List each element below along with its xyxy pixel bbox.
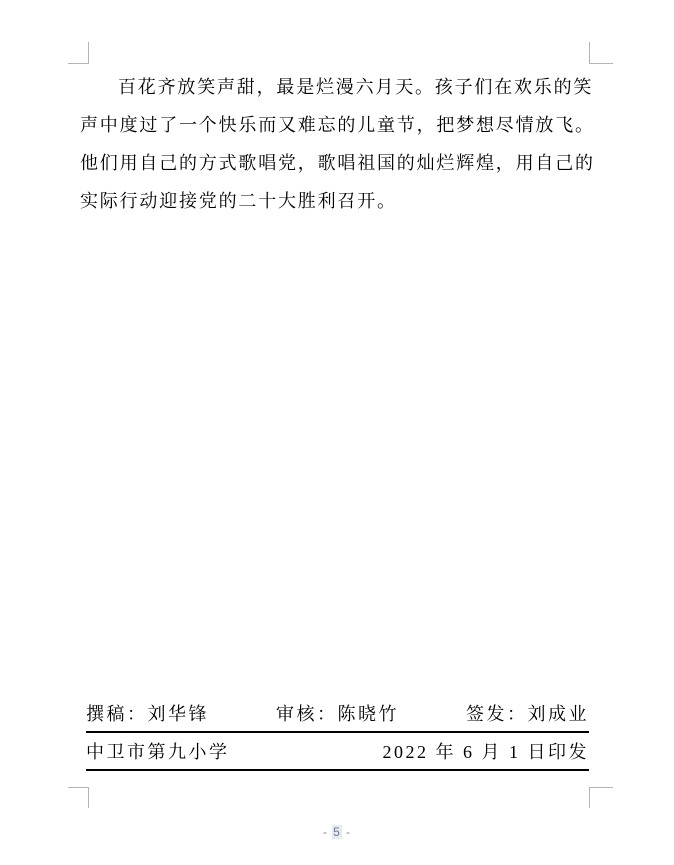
page-number-value: 5 bbox=[332, 825, 342, 839]
organization-name: 中卫市第九小学 bbox=[86, 739, 230, 765]
crop-mark-bottom-right-icon bbox=[589, 787, 613, 808]
reviewer-field: 审核：陈晓竹 bbox=[276, 701, 399, 727]
document-page: 百花齐放笑声甜，最是烂漫六月天。孩子们在欢乐的笑 声中度过了一个快乐而又难忘的儿… bbox=[0, 0, 674, 865]
divider-rule-bottom bbox=[86, 769, 589, 771]
divider-rule-top bbox=[86, 731, 589, 733]
page-number: - 5 - bbox=[0, 825, 674, 839]
body-paragraph[interactable]: 百花齐放笑声甜，最是烂漫六月天。孩子们在欢乐的笑 声中度过了一个快乐而又难忘的儿… bbox=[80, 68, 592, 220]
paragraph-line-4: 实际行动迎接党的二十大胜利召开。 bbox=[80, 182, 592, 220]
signature-row: 撰稿：刘华锋 审核：陈晓竹 签发：刘成业 bbox=[86, 701, 589, 727]
issuance-row: 中卫市第九小学 2022 年 6 月 1 日印发 bbox=[86, 739, 589, 765]
page-number-prefix: - bbox=[323, 825, 332, 839]
paragraph-line-2: 声中度过了一个快乐而又难忘的儿童节，把梦想尽情放飞。 bbox=[80, 106, 592, 144]
crop-mark-top-right-icon bbox=[589, 42, 613, 64]
paragraph-line-3: 他们用自己的方式歌唱党，歌唱祖国的灿烂辉煌，用自己的 bbox=[80, 144, 592, 182]
drafter-field: 撰稿：刘华锋 bbox=[86, 701, 209, 727]
issuer-field: 签发：刘成业 bbox=[466, 701, 589, 727]
paragraph-line-1: 百花齐放笑声甜，最是烂漫六月天。孩子们在欢乐的笑 bbox=[80, 68, 592, 106]
crop-mark-top-left-icon bbox=[68, 42, 89, 64]
issue-date: 2022 年 6 月 1 日印发 bbox=[383, 739, 590, 765]
page-number-suffix: - bbox=[342, 825, 351, 839]
crop-mark-bottom-left-icon bbox=[68, 787, 89, 808]
